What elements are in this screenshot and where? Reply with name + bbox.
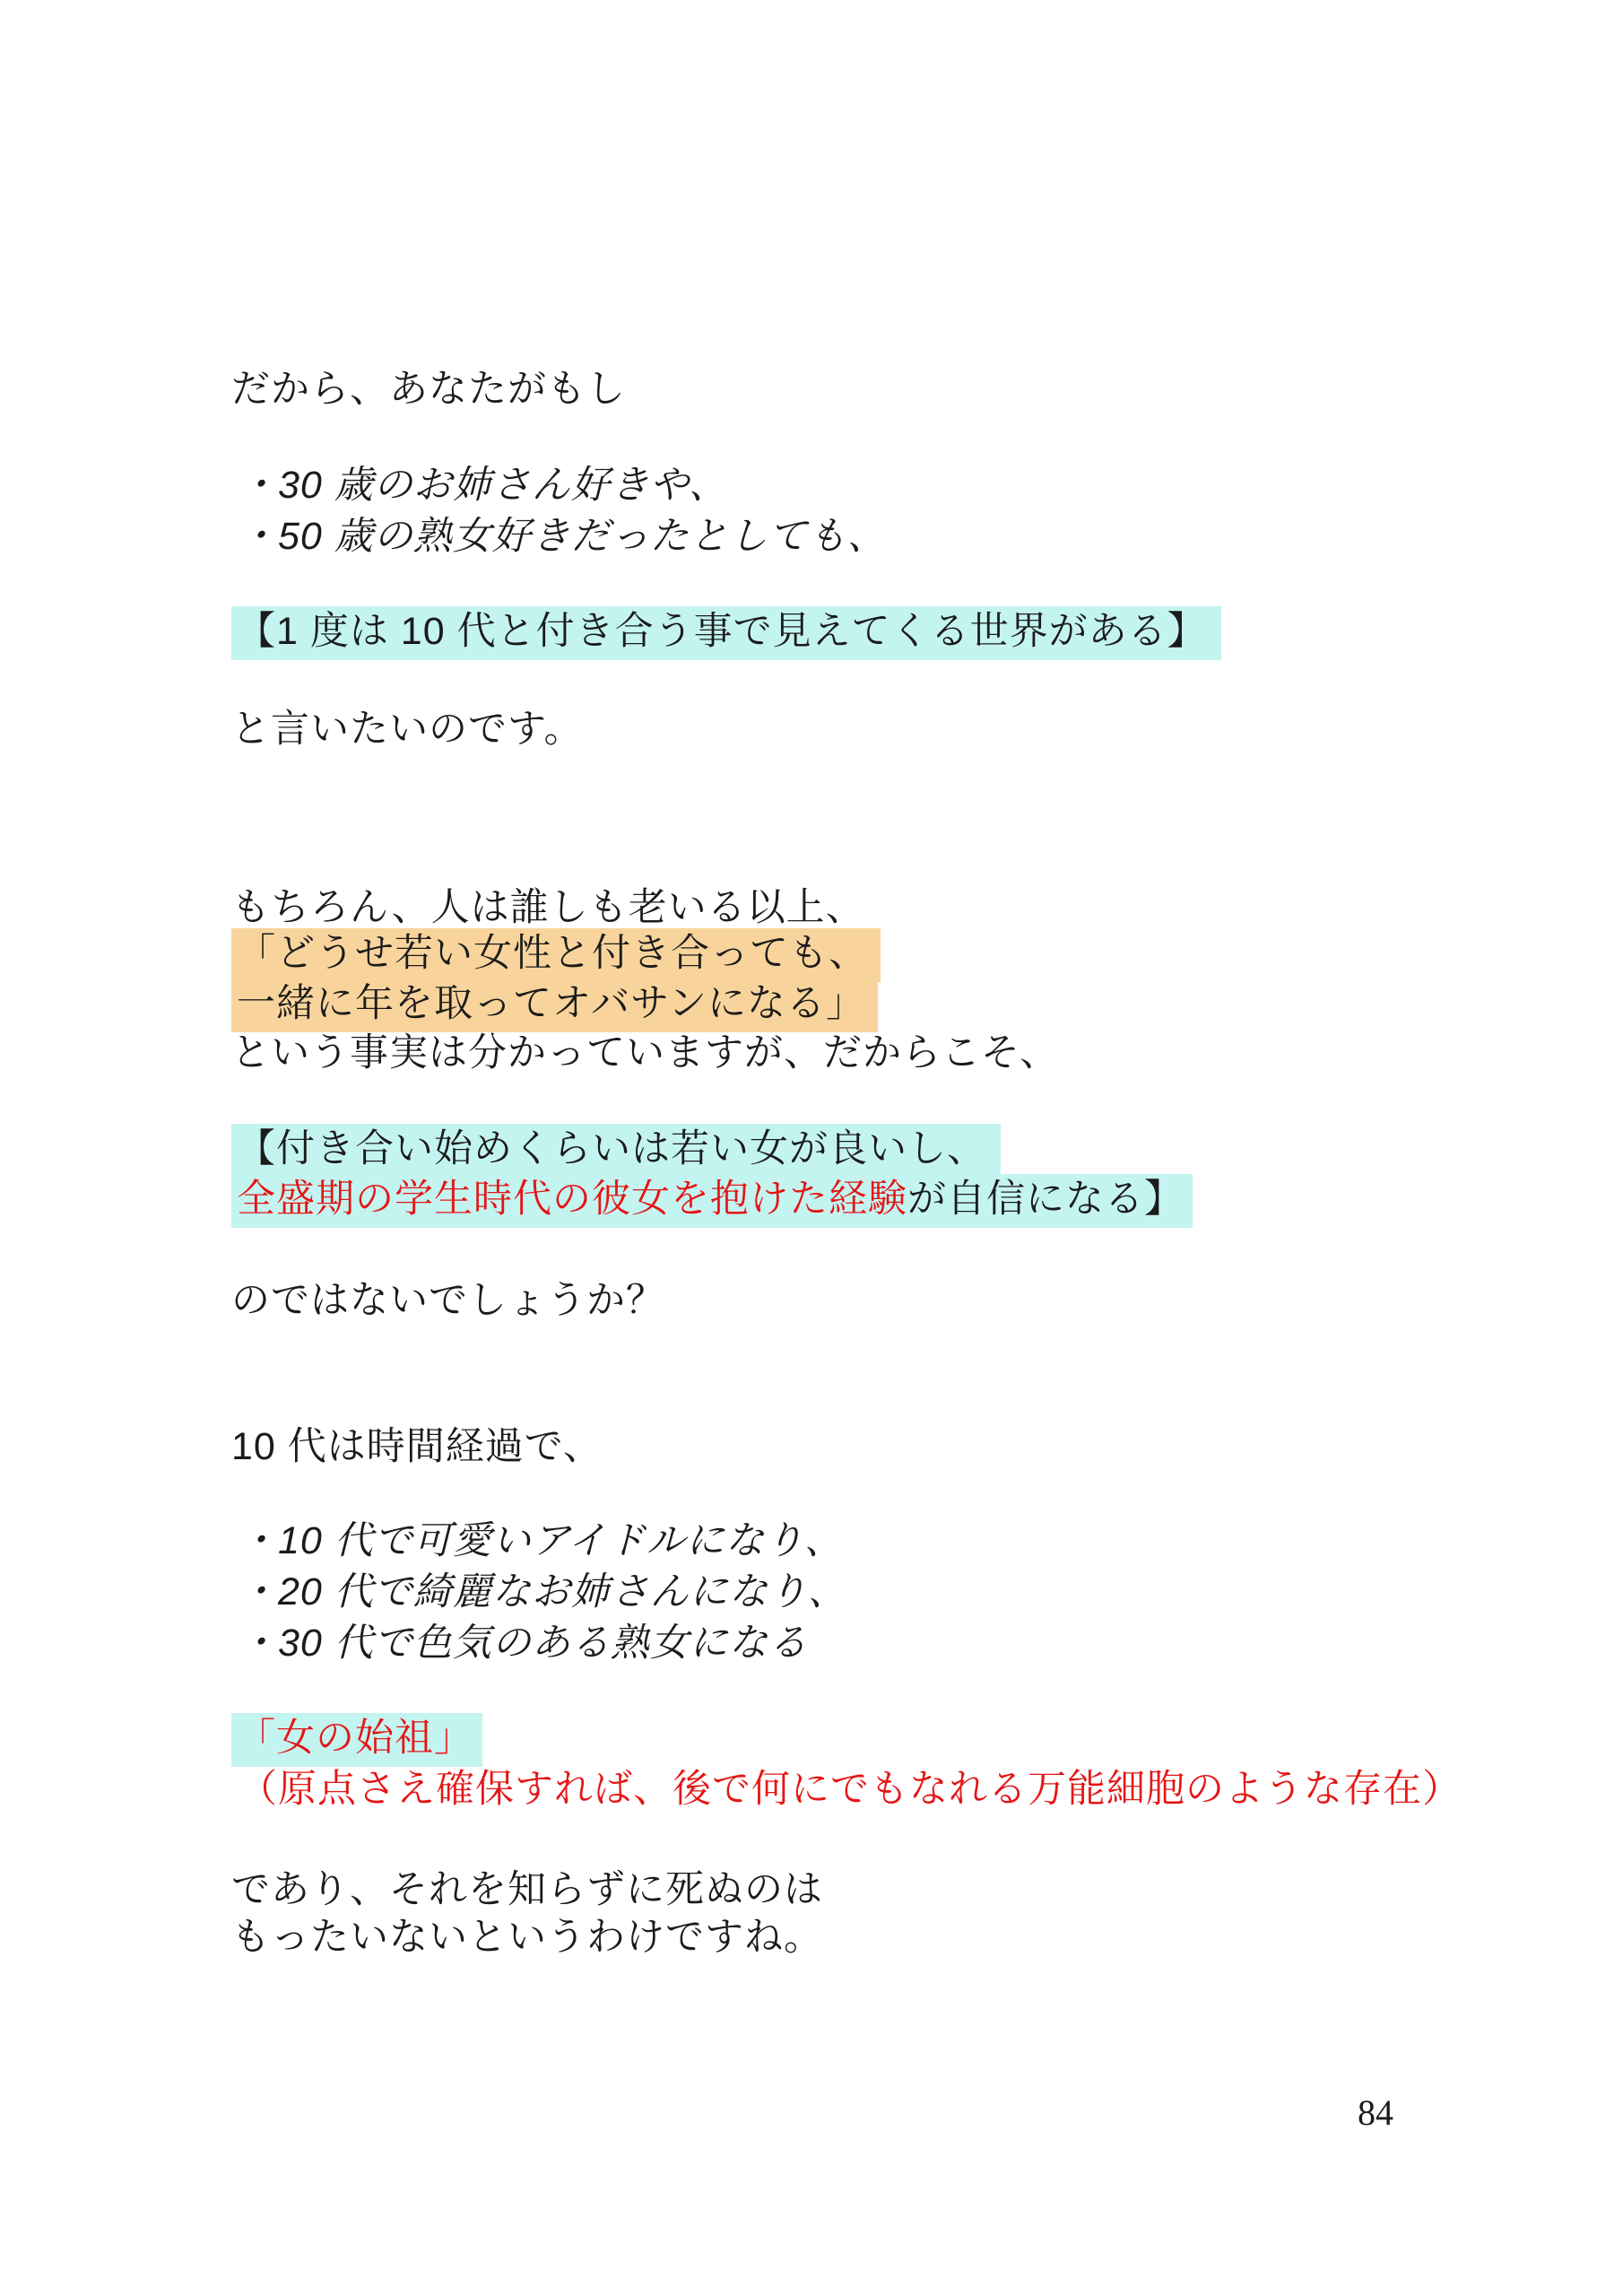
- orange-quote-line-1: 「どうせ若い女性と付き合っても、: [231, 928, 881, 982]
- orange-quote-line-2: 一緒に年を取ってオバサンになる」: [231, 978, 878, 1032]
- paragraph-want-to-say: と言いたいのです。: [231, 708, 584, 752]
- orange-highlight-text-2: 一緒に年を取ってオバサンになる」: [231, 978, 878, 1032]
- document-page: だから、あなたがもし ・30 歳のお姉さん好きや、 ・50 歳の熟女好きだったと…: [0, 0, 1623, 2296]
- cyan-highlight-text-young-2: 全盛期の学生時代の彼女を抱けた経験が自信になる】: [231, 1174, 1193, 1228]
- paragraph-fact-known: という事実は分かっていますが、だからこそ、: [231, 1031, 1059, 1075]
- bullet-item-teens-idol: ・10 代で可愛いアイドルになり、: [239, 1519, 844, 1563]
- highlighted-statement-young-line-1: 【付き合い始めくらいは若い女が良いし、: [231, 1124, 1001, 1178]
- paragraph-closing-line-1: であり、それを知らずに死ぬのは: [231, 1868, 823, 1912]
- paragraph-of-course: もちろん、人は誰しも老いる以上、: [231, 886, 865, 930]
- highlighted-statement-ancestor: 「女の始祖」: [231, 1713, 482, 1767]
- cyan-highlight-text-young-1: 【付き合い始めくらいは若い女が良いし、: [231, 1124, 1001, 1178]
- paragraph-isnt-it: のではないでしょうか？: [231, 1279, 665, 1323]
- page-number: 84: [1358, 2092, 1393, 2134]
- cyan-highlight-red-text: 「女の始祖」: [231, 1713, 482, 1767]
- bullet-item-30s-mature: ・30 代で色気のある熟女になる: [239, 1622, 808, 1665]
- bullet-item-50s-liking: ・50 歳の熟女好きだったとしても、: [239, 515, 887, 559]
- black-tail-text: が自信になる】: [907, 1178, 1184, 1221]
- bullet-item-30s-liking: ・30 歳のお姉さん好きや、: [239, 464, 728, 508]
- paragraph-intro: だから、あなたがもし: [231, 368, 626, 412]
- orange-highlight-text-1: 「どうせ若い女性と付き合っても、: [231, 928, 881, 982]
- red-parenthetical-note: （原点さえ確保すれば、後で何にでもなれる万能細胞のような存在）: [239, 1768, 1462, 1812]
- paragraph-closing-line-2: もったいないというわけですね。: [231, 1916, 823, 1960]
- red-emphasis-text: 全盛期の学生時代の彼女を抱けた経験: [237, 1178, 907, 1221]
- bullet-item-20s-lady: ・20 代で綺麗なお姉さんになり、: [239, 1570, 847, 1614]
- paragraph-teens-over-time: 10 代は時間経過で、: [231, 1425, 603, 1469]
- cyan-highlight-text: 【1 度は 10 代と付き合う事で見えてくる世界がある】: [231, 606, 1221, 660]
- highlighted-statement-world: 【1 度は 10 代と付き合う事で見えてくる世界がある】: [231, 606, 1221, 660]
- highlighted-statement-young-line-2: 全盛期の学生時代の彼女を抱けた経験が自信になる】: [231, 1174, 1193, 1228]
